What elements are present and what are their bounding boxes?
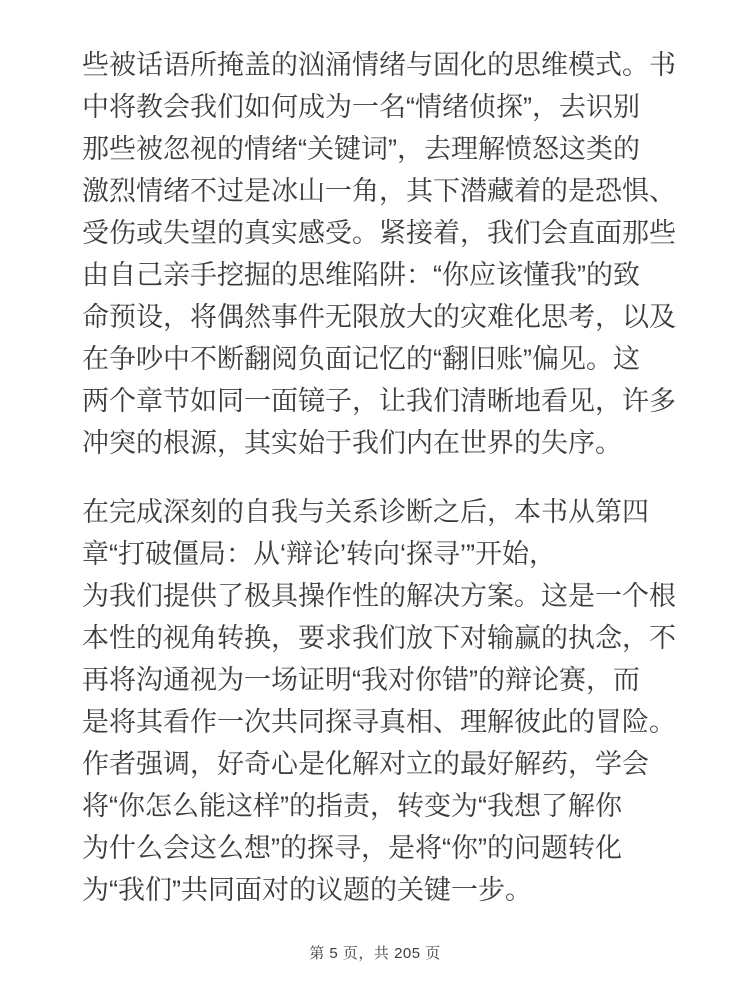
- page-content: 些被话语所掩盖的汹涌情绪与固化的思维模式。书 中将教会我们如何成为一名“情绪侦探…: [0, 0, 750, 911]
- body-paragraph-2: 在完成深刻的自我与关系诊断之后，本书从第四 章“打破僵局：从‘辩论’转向‘探寻’…: [82, 491, 710, 911]
- page-number-indicator: 第 5 页，共 205 页: [0, 944, 750, 964]
- reader-page: 些被话语所掩盖的汹涌情绪与固化的思维模式。书 中将教会我们如何成为一名“情绪侦探…: [0, 0, 750, 1000]
- body-paragraph-1: 些被话语所掩盖的汹涌情绪与固化的思维模式。书 中将教会我们如何成为一名“情绪侦探…: [82, 44, 710, 464]
